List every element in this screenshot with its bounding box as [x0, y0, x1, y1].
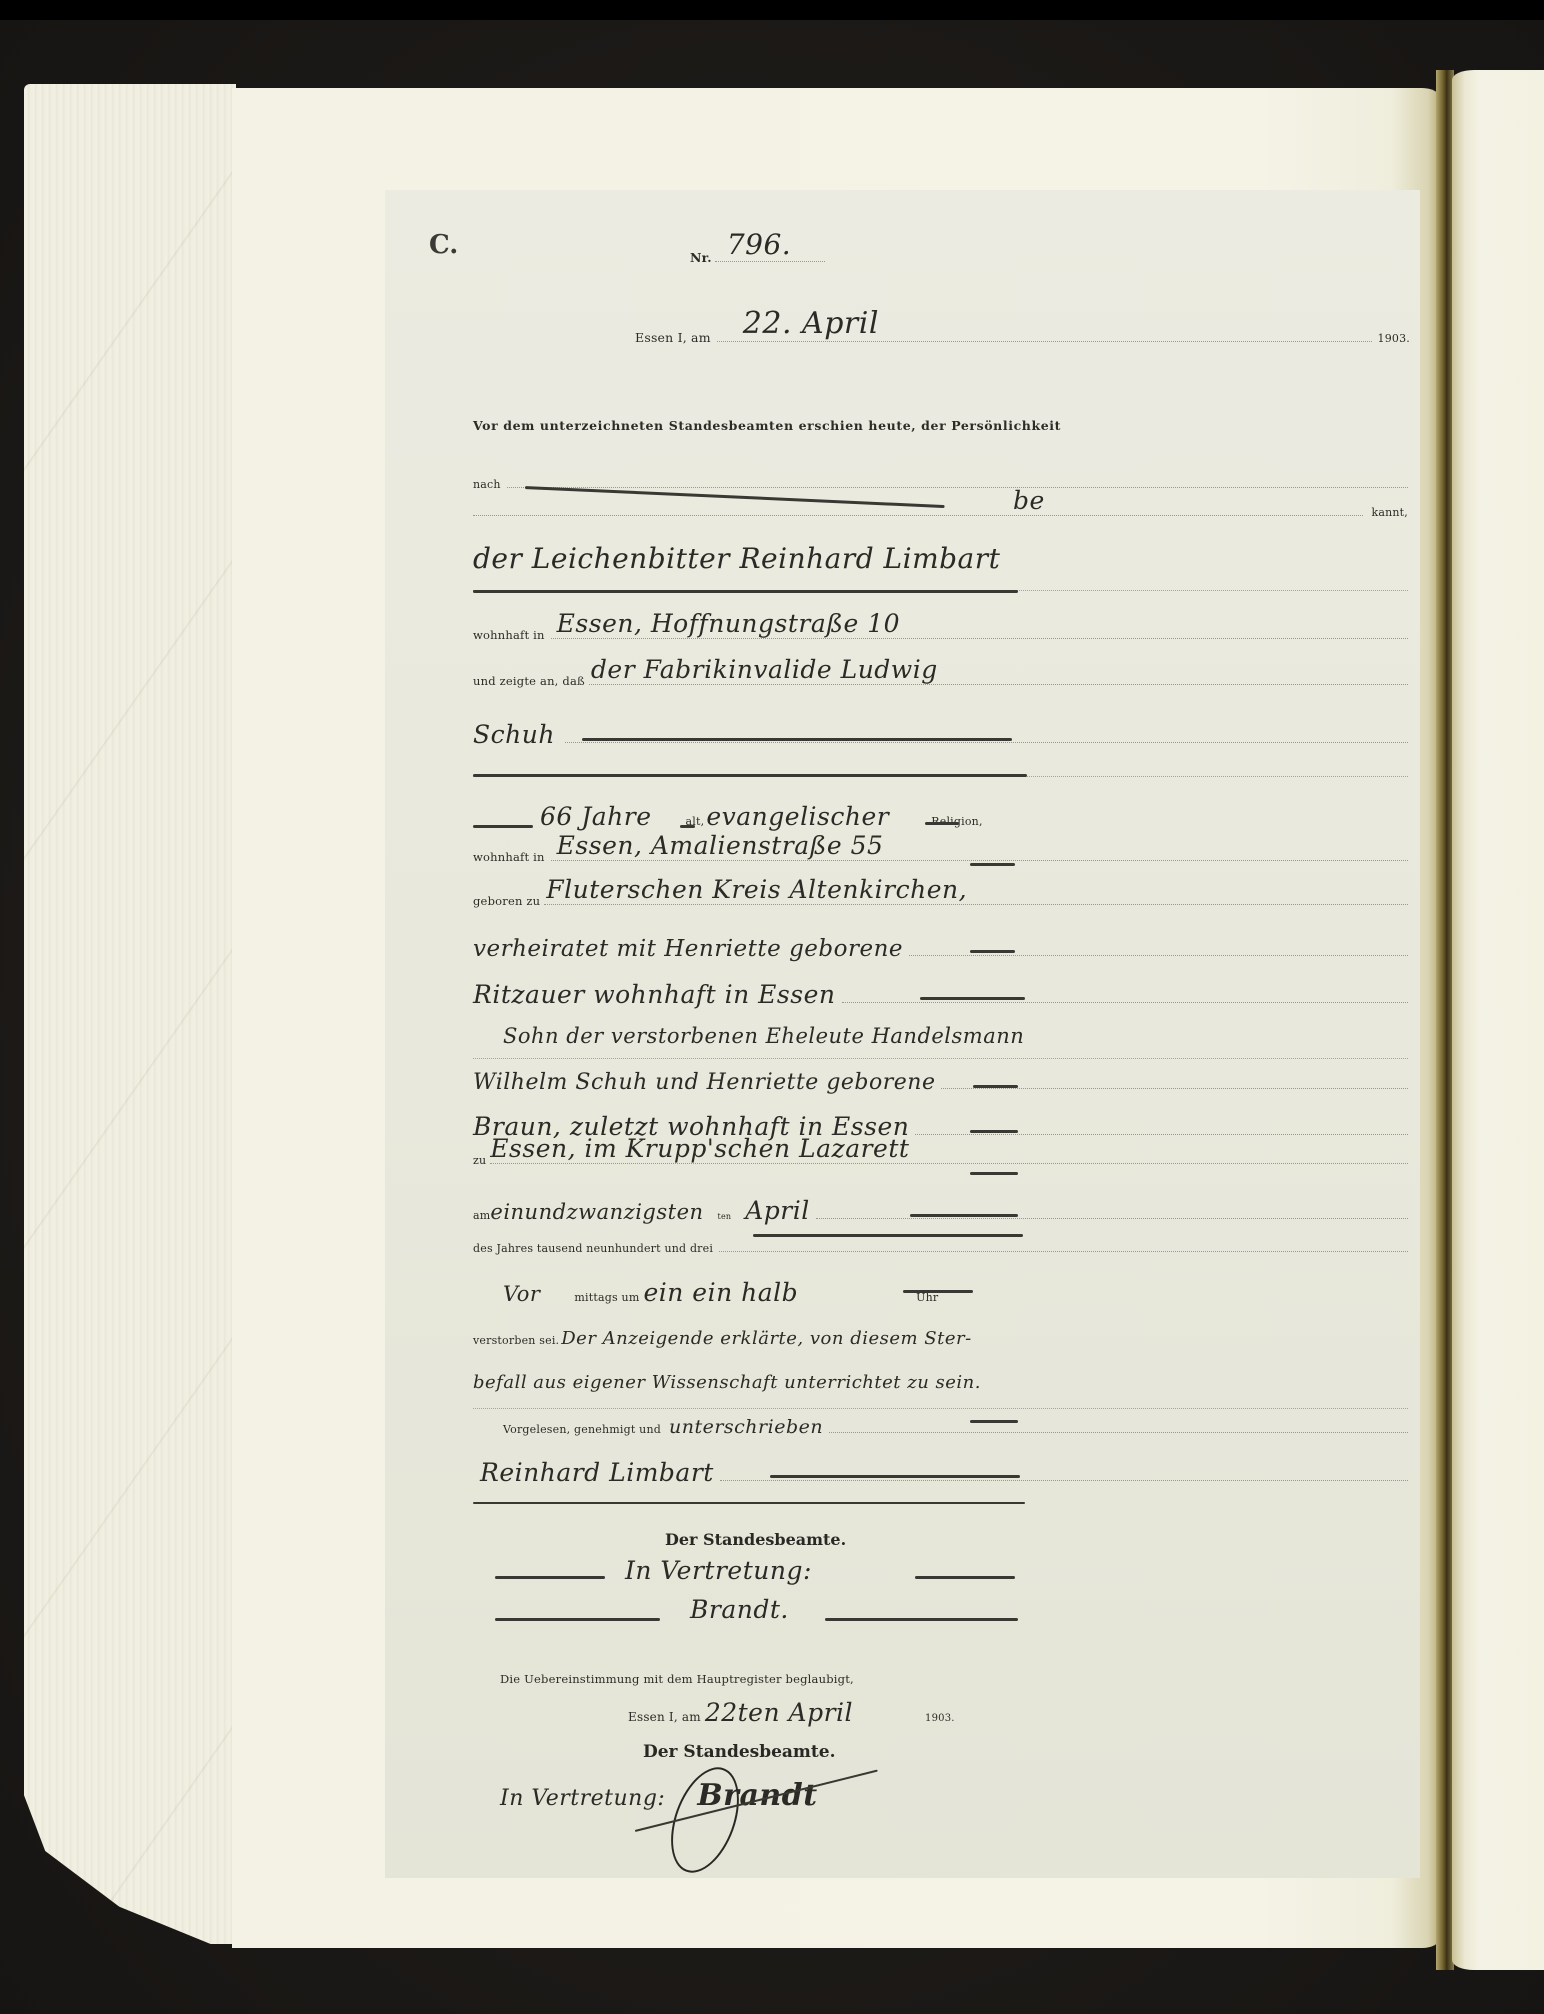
registrar-heading-row: Der Standesbeamte. [665, 1530, 965, 1549]
death-place-label: zu [473, 1154, 486, 1167]
intro-line: Vor dem unterzeichneten Standesbeamten e… [473, 418, 1408, 433]
deceased-residence-row: wohnhaft in Essen, Amalienstraße 55 [473, 850, 1408, 864]
identity-suffix: kannt, [1371, 506, 1408, 519]
read-approved-value: unterschrieben [669, 1416, 823, 1438]
certification-year: 1903. [925, 1713, 955, 1724]
read-approved-row: Vorgelesen, genehmigt und unterschrieben [503, 1416, 1408, 1438]
certification-date: 22ten April [705, 1698, 853, 1727]
parents-row-2: Wilhelm Schuh und Henriette geborene [473, 1070, 1408, 1095]
residence-label: wohnhaft in [473, 628, 545, 642]
registration-date: 22. April [743, 306, 879, 341]
marriage-row-1: verheiratet mit Henriette geborene [473, 936, 1408, 962]
parents-row-1: Sohn der verstorbenen Eheleute Handelsma… [503, 1024, 1408, 1048]
place-date-row: Essen I, am 22. April 1903. [635, 330, 1410, 345]
age-religion-row: 66 Jahre alt, evangelischer Religion, [540, 802, 1408, 831]
death-time: ein ein halb [643, 1278, 798, 1307]
read-approved-label: Vorgelesen, genehmigt und [503, 1423, 661, 1436]
death-date-label: am [473, 1209, 490, 1222]
death-month: April [745, 1196, 810, 1225]
deceased-surname: Schuh [473, 720, 555, 749]
informant-residence: Essen, Hoffnungstraße 10 [557, 609, 900, 638]
deceased-residence: Essen, Amalienstraße 55 [557, 831, 884, 860]
death-date-row: am einundzwanzigsten ten April [473, 1196, 1408, 1225]
time-prefix: Vor [503, 1282, 540, 1306]
identity-handwritten: be [1013, 486, 1045, 515]
death-year-text: des Jahres tausend neunhundert und drei [473, 1242, 713, 1255]
number-label: Nr. [690, 250, 712, 265]
month-suffix: ten [718, 1212, 732, 1221]
declaration-text-2: befall aus eigener Wissenschaft unterric… [473, 1372, 981, 1393]
registrar-name: Brandt. [690, 1595, 789, 1624]
intro-text: Vor dem unterzeichneten Standesbeamten e… [473, 418, 1061, 433]
informant-row: der Leichenbitter Reinhard Limbart [473, 542, 1408, 575]
certification-row: Die Uebereinstimmung mit dem Hauptregist… [500, 1672, 1100, 1686]
certification-heading: Der Standesbeamte. [643, 1742, 836, 1762]
section-letter: C. [429, 230, 458, 260]
informant-signature-row: Reinhard Limbart [480, 1458, 1408, 1487]
marriage-text-2: Ritzauer wohnhaft in Essen [473, 980, 836, 1009]
parents-text-2: Wilhelm Schuh und Henriette geborene [473, 1070, 935, 1095]
informant-residence-row: wohnhaft in Essen, Hoffnungstraße 10 [473, 628, 1408, 642]
identity-row-2: be kannt, [473, 506, 1408, 519]
informant-signature: Reinhard Limbart [480, 1458, 714, 1487]
reported-row: und zeigte an, daß der Fabrikinvalide Lu… [473, 674, 1408, 688]
death-place: Essen, im Krupp'schen Lazarett [490, 1134, 909, 1163]
deceased-occupation-name: der Fabrikinvalide Ludwig [591, 655, 938, 684]
book-page-stack [24, 84, 236, 1944]
certification-text: Die Uebereinstimmung mit dem Hauptregist… [500, 1672, 854, 1686]
parents-text-1: Sohn der verstorbenen Eheleute Handelsma… [503, 1024, 1024, 1048]
deceased-age: 66 Jahre [540, 802, 652, 831]
birthplace-row: geboren zu Fluterschen Kreis Altenkirche… [473, 894, 1408, 908]
entry-number-row: Nr. 796. [690, 250, 825, 265]
registrar-deputy-row: In Vertretung: [625, 1556, 1025, 1585]
registration-year: 1903. [1378, 332, 1411, 345]
death-place-row: zu Essen, im Krupp'schen Lazarett [473, 1154, 1408, 1167]
window-title-bar: /Abt_Rheinland/PA_3103/~080/08007/R_PA_3… [0, 0, 1544, 20]
entry-number: 796. [727, 228, 791, 261]
registrar-deputy: In Vertretung: [625, 1556, 812, 1585]
right-book-page [1452, 70, 1544, 1970]
informant-name: der Leichenbitter Reinhard Limbart [473, 542, 1000, 575]
declaration-row-1: verstorben sei. Der Anzeigende erklärte,… [473, 1328, 1408, 1349]
declaration-text-1: Der Anzeigende erklärte, von diesem Ster… [561, 1328, 971, 1349]
death-day: einundzwanzigsten [490, 1200, 703, 1224]
deceased-residence-label: wohnhaft in [473, 850, 545, 864]
certification-date-row: Essen I, am 22ten April 1903. [628, 1698, 1078, 1727]
birthplace-label: geboren zu [473, 894, 540, 908]
registrar-heading: Der Standesbeamte. [665, 1530, 846, 1549]
death-register-entry: C. Nr. 796. Essen I, am 22. April 1903. … [385, 190, 1420, 1878]
died-label: verstorben sei. [473, 1334, 559, 1347]
mittags-label: mittags um [574, 1291, 639, 1304]
identity-prefix: nach [473, 478, 501, 491]
place-label: Essen I, am [635, 330, 711, 345]
fill-line [473, 590, 1018, 593]
declaration-row-2: befall aus eigener Wissenschaft unterric… [473, 1372, 1408, 1393]
birthplace: Fluterschen Kreis Altenkirchen, [546, 875, 967, 904]
reported-label: und zeigte an, daß [473, 674, 585, 688]
death-year-row: des Jahres tausend neunhundert und drei [473, 1242, 1408, 1255]
marriage-row-2: Ritzauer wohnhaft in Essen [473, 980, 1408, 1009]
marriage-text-1: verheiratet mit Henriette geborene [473, 936, 903, 962]
reported-continuation-row: Schuh [473, 720, 1408, 749]
certification-deputy: In Vertretung: [500, 1786, 665, 1811]
certification-place: Essen I, am [628, 1710, 701, 1724]
certification-heading-row: Der Standesbeamte. [643, 1742, 943, 1762]
deceased-religion: evangelischer [706, 802, 889, 831]
